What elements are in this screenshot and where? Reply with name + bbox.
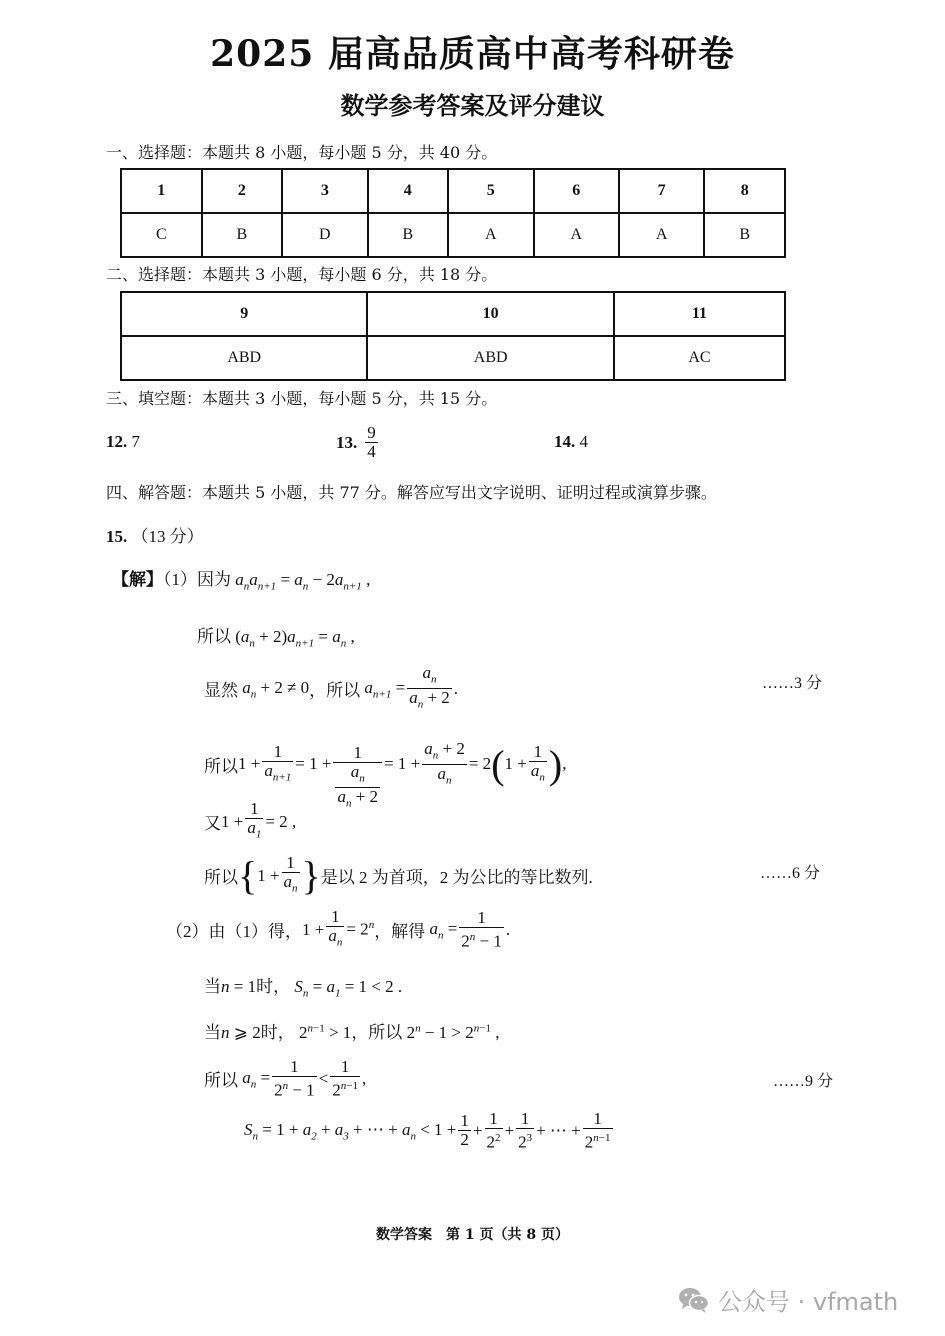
solution-line-7: （2） 由（1）得， 1 + 1an = 2n ，解得 an = 12n − 1… (166, 908, 510, 951)
answer-cell: B (368, 213, 449, 257)
solution-line-9: 当n ⩾ 2时， 2n−1 > 1，所以 2n − 1 > 2n−1 , (204, 1018, 499, 1043)
document-subtitle: 数学参考答案及评分建议 (0, 86, 945, 121)
answer-cell: B (704, 213, 785, 257)
question-number: 14. (554, 432, 575, 451)
answer-cell: D (282, 213, 367, 257)
watermark-text: 公众号 · vfmath (718, 1282, 898, 1317)
question-number: 12. (106, 432, 127, 451)
question-number: 7 (619, 169, 704, 213)
section1-answer-table: 1 2 3 4 5 6 7 8 C B D B A A A B (120, 168, 786, 258)
solution-line-5: 又 1 + 1a1 = 2 , (204, 800, 296, 843)
question-number: 5 (448, 169, 533, 213)
fill-answer-14: 14. 4 (554, 432, 588, 452)
answer-cell: ABD (121, 336, 367, 380)
section2-answer-table: 9 10 11 ABD ABD AC (120, 291, 786, 381)
section4-heading: 四、解答题：本题共 5 小题，共 77 分。解答应写出文字说明、证明过程或演算步… (106, 480, 717, 503)
question-number: 6 (534, 169, 619, 213)
question-number: 2 (202, 169, 283, 213)
score-marker: ……9 分 (773, 1068, 833, 1091)
answer-cell: A (448, 213, 533, 257)
answer-cell: A (619, 213, 704, 257)
question-15-header: 15. （13 分） (106, 522, 204, 547)
question-number: 3 (282, 169, 367, 213)
answer-cell: C (121, 213, 202, 257)
table-header-row: 1 2 3 4 5 6 7 8 (121, 169, 785, 213)
section2-heading: 二、选择题：本题共 3 小题，每小题 6 分，共 18 分。 (106, 262, 497, 285)
solution-line-10: 所以 an = 12n − 1 < 12n−1 , (204, 1058, 366, 1100)
solution-line-3: 显然 an + 2 ≠ 0 ，所以 an+1 = anan + 2 . (204, 664, 458, 714)
table-header-row: 9 10 11 (121, 292, 785, 336)
wechat-icon (678, 1286, 710, 1314)
document-title: 2025 届高品质高中高考科研卷 (0, 26, 945, 77)
section1-heading: 一、选择题：本题共 8 小题，每小题 5 分，共 40 分。 (106, 140, 497, 163)
solution-line-6: 所以 { 1 + 1an } 是以 2 为首项，2 为公比的等比数列. (204, 852, 593, 899)
question-number: 1 (121, 169, 202, 213)
page-footer: 数学答案 第 1 页（共 8 页） (0, 1224, 945, 1244)
answer-value: 7 (132, 432, 141, 451)
question-number: 4 (368, 169, 449, 213)
answer-value: 4 (580, 432, 589, 451)
solution-line-1: 【解】（1）因为 anan+1 = an − 2an+1 , (112, 565, 370, 592)
fraction: 9 4 (365, 424, 378, 461)
score-marker: ……3 分 (762, 670, 822, 693)
question-number: 11 (614, 292, 785, 336)
section3-heading: 三、填空题：本题共 3 小题，每小题 5 分，共 15 分。 (106, 386, 497, 409)
fill-answer-13: 13. 9 4 (336, 424, 380, 461)
score-marker: ……6 分 (760, 860, 820, 883)
solution-line-8: 当n = 1时， Sn = a1 = 1 < 2 . (204, 972, 402, 999)
solution-line-2: 所以 (an + 2)an+1 = an , (197, 622, 355, 649)
fill-answer-12: 12. 7 (106, 432, 140, 452)
question-number: 9 (121, 292, 367, 336)
question-number: 13. (336, 433, 357, 453)
solution-line-11: Sn = 1 + a2 + a3 + ⋯ + an < 1 + 12+ 122+… (244, 1110, 615, 1152)
answer-cell: AC (614, 336, 785, 380)
answer-cell: ABD (367, 336, 613, 380)
table-answer-row: C B D B A A A B (121, 213, 785, 257)
watermark: 公众号 · vfmath (678, 1282, 898, 1317)
answer-cell: B (202, 213, 283, 257)
table-answer-row: ABD ABD AC (121, 336, 785, 380)
answer-cell: A (534, 213, 619, 257)
question-number: 8 (704, 169, 785, 213)
question-number: 10 (367, 292, 613, 336)
